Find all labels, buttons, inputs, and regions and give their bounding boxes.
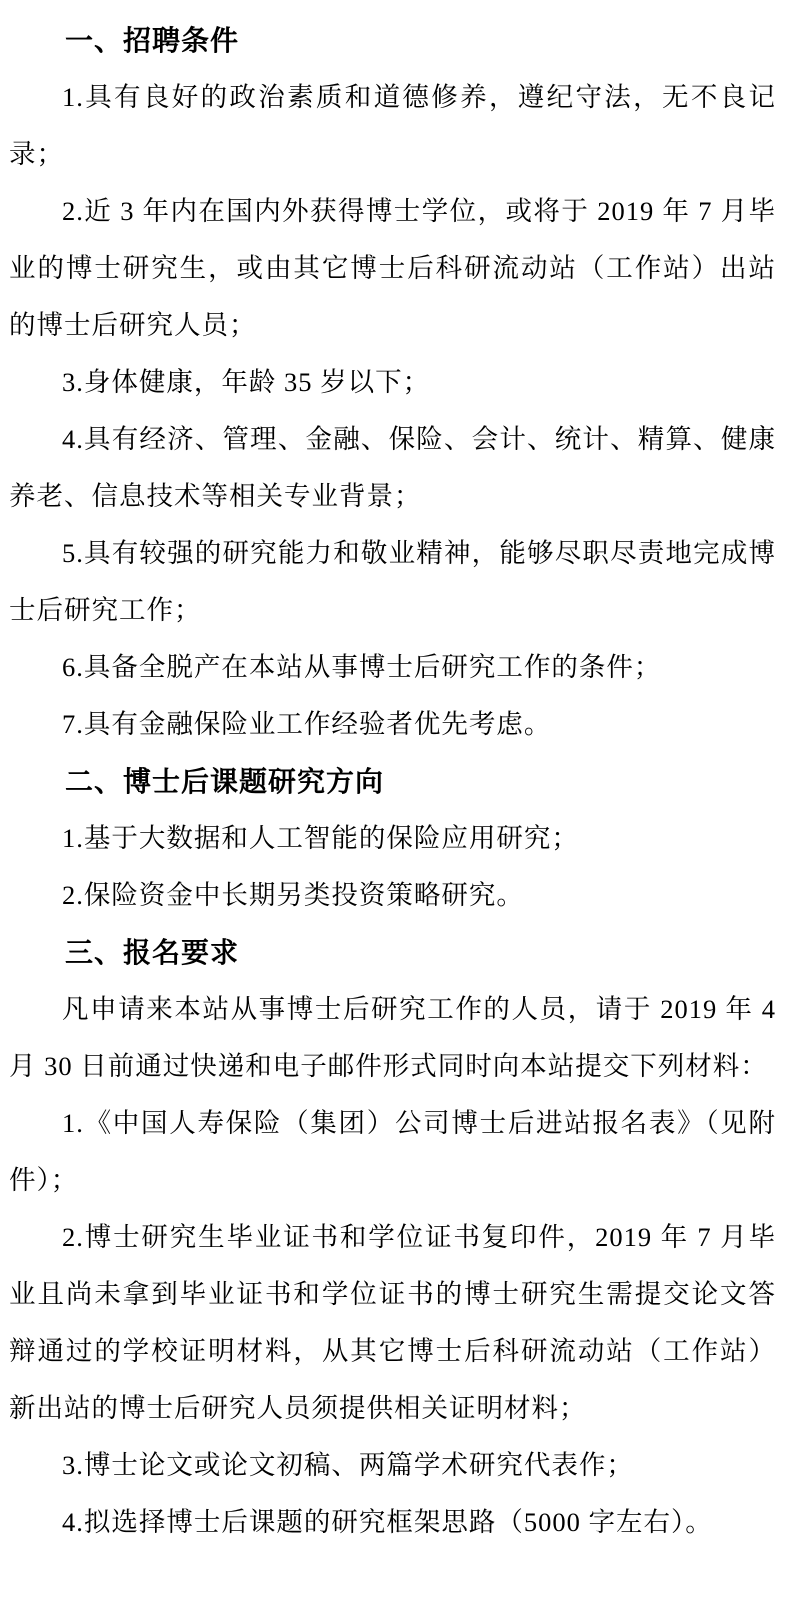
section-heading: 三、报名要求 — [9, 924, 776, 981]
paragraph: 2.保险资金中长期另类投资策略研究。 — [9, 867, 776, 924]
paragraph: 1.基于大数据和人工智能的保险应用研究； — [9, 810, 776, 867]
paragraph: 5.具有较强的研究能力和敬业精神，能够尽职尽责地完成博士后研究工作； — [9, 525, 776, 639]
document-page: 一、招聘条件1.具有良好的政治素质和道德修养，遵纪守法，无不良记录；2.近 3 … — [0, 0, 785, 1607]
paragraph: 1.具有良好的政治素质和道德修养，遵纪守法，无不良记录； — [9, 69, 776, 183]
paragraph: 凡申请来本站从事博士后研究工作的人员，请于 2019 年 4 月 30 日前通过… — [9, 981, 776, 1095]
paragraph: 3.博士论文或论文初稿、两篇学术研究代表作； — [9, 1437, 776, 1494]
document-body: 一、招聘条件1.具有良好的政治素质和道德修养，遵纪守法，无不良记录；2.近 3 … — [9, 12, 776, 1551]
section-heading: 一、招聘条件 — [9, 12, 776, 69]
paragraph: 2.近 3 年内在国内外获得博士学位，或将于 2019 年 7 月毕业的博士研究… — [9, 183, 776, 354]
paragraph: 2.博士研究生毕业证书和学位证书复印件，2019 年 7 月毕业且尚未拿到毕业证… — [9, 1209, 776, 1437]
paragraph: 3.身体健康，年龄 35 岁以下； — [9, 354, 776, 411]
paragraph: 6.具备全脱产在本站从事博士后研究工作的条件； — [9, 639, 776, 696]
paragraph: 7.具有金融保险业工作经验者优先考虑。 — [9, 696, 776, 753]
section-heading: 二、博士后课题研究方向 — [9, 753, 776, 810]
paragraph: 4.拟选择博士后课题的研究框架思路（5000 字左右）。 — [9, 1494, 776, 1551]
paragraph: 1.《中国人寿保险（集团）公司博士后进站报名表》（见附件）； — [9, 1095, 776, 1209]
paragraph: 4.具有经济、管理、金融、保险、会计、统计、精算、健康养老、信息技术等相关专业背… — [9, 411, 776, 525]
